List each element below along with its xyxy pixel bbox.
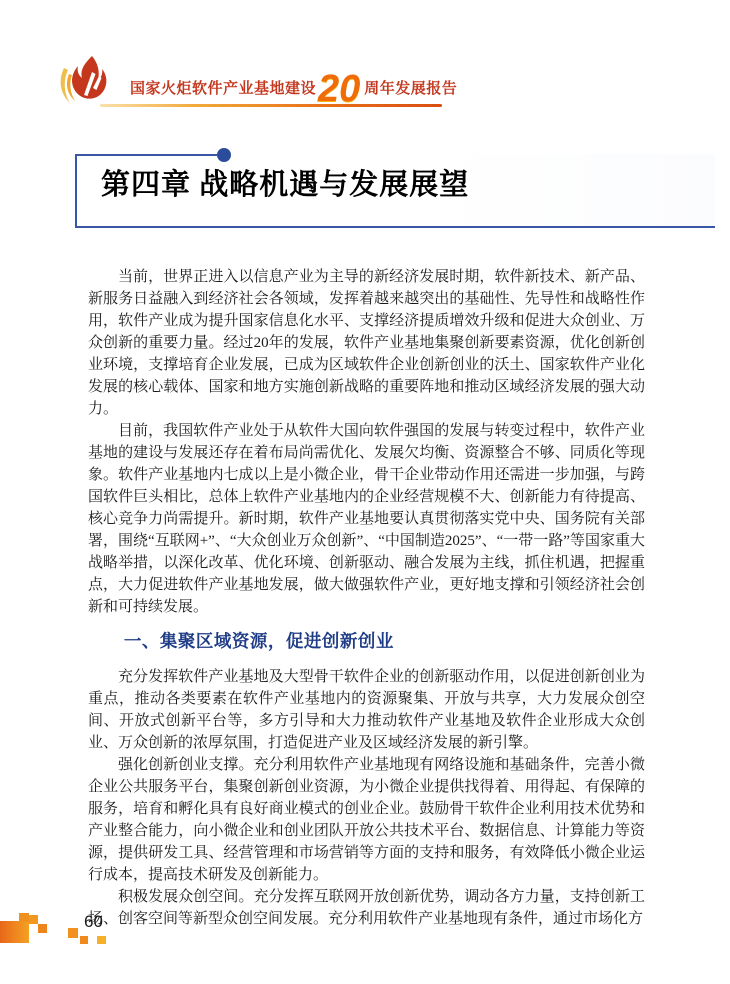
mosaic-square	[80, 936, 88, 944]
mosaic-square	[68, 928, 78, 938]
report-header-title: 国家火炬软件产业基地建设20周年发展报告	[130, 66, 457, 109]
mosaic-square	[19, 913, 29, 922]
chapter-border-top	[77, 154, 224, 156]
torch-flame-icon	[56, 54, 120, 110]
header-title-suffix: 周年发展报告	[364, 80, 457, 97]
paragraph-section-1: 充分发挥软件产业基地及大型骨干软件企业的创新驱动作用，以促进创新创业为重点，推动…	[88, 666, 645, 754]
section-heading: 一、集聚区域资源，促进创新创业	[88, 628, 645, 654]
chapter-title: 第四章 战略机遇与发展展望	[101, 165, 715, 205]
paragraph-section-2: 强化创新创业支撑。充分利用软件产业基地现有网络设施和基础条件，完善小微企业公共服…	[88, 754, 645, 886]
report-page: 国家火炬软件产业基地建设20周年发展报告 第四章 战略机遇与发展展望 当前，世界…	[0, 0, 730, 984]
paragraph-intro-2: 目前，我国软件产业处于从软件大国向软件强国的发展与转变过程中，软件产业基地的建设…	[88, 420, 645, 618]
page-number: 60	[84, 912, 103, 932]
chapter-dot-ornament	[217, 148, 231, 162]
mosaic-square	[38, 924, 47, 933]
page-footer: 60	[0, 910, 200, 955]
mosaic-square	[0, 921, 29, 943]
header-divider-rule	[100, 104, 442, 107]
report-header: 国家火炬软件产业基地建设20周年发展报告	[0, 0, 730, 130]
mosaic-square	[29, 915, 38, 924]
mosaic-square	[97, 936, 106, 944]
header-title-prefix: 国家火炬软件产业基地建设	[130, 80, 316, 97]
chapter-title-block: 第四章 战略机遇与发展展望	[75, 154, 715, 228]
paragraph-intro-1: 当前，世界正进入以信息产业为主导的新经济发展时期，软件新技术、新产品、新服务日益…	[88, 266, 645, 420]
chapter-body: 当前，世界正进入以信息产业为主导的新经济发展时期，软件新技术、新产品、新服务日益…	[88, 266, 645, 930]
